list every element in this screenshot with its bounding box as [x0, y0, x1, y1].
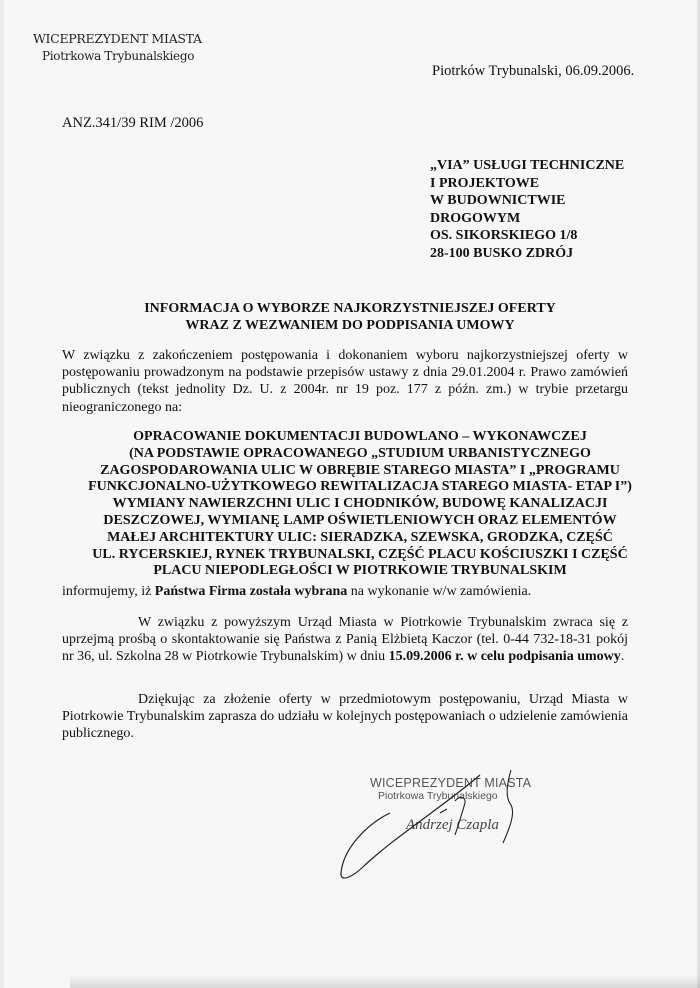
subject-line: PLACU NIEPODLEGŁOŚCI W PIOTRKOWIE TRYBUN… — [80, 563, 640, 580]
addressee-line: „VIA” USŁUGI TECHNICZNE — [430, 157, 624, 175]
scan-bottom-shadow — [70, 974, 700, 988]
title-line: INFORMACJA O WYBORZE NAJKORZYSTNIEJSZEJ … — [0, 300, 700, 317]
addressee-line: DROGOWYM — [430, 210, 624, 228]
subject-line: ZAGOSPODAROWANIA ULIC W OBRĘBIE STAREGO … — [80, 463, 640, 480]
document-title: INFORMACJA O WYBORZE NAJKORZYSTNIEJSZEJ … — [0, 300, 700, 334]
header-stamp-city: Piotrkowa Trybunalskiego — [42, 49, 202, 63]
signing-purpose: w celu podpisania umowy — [467, 649, 621, 664]
title-line: WRAZ Z WEZWANIEM DO PODPISANIA UMOWY — [0, 317, 700, 334]
closing-text: Dziękując za złożenie oferty w przedmiot… — [62, 692, 628, 741]
result-paragraph: informujemy, iż Państwa Firma została wy… — [62, 583, 628, 600]
result-text: informujemy, iż — [62, 584, 155, 599]
place-date: Piotrków Trybunalski, 06.09.2006. — [432, 63, 634, 80]
handwritten-signature-icon — [335, 765, 525, 885]
header-stamp: WICEPREZYDENT MIASTA Piotrkowa Trybunals… — [33, 31, 202, 63]
addressee-block: „VIA” USŁUGI TECHNICZNE I PROJEKTOWE W B… — [430, 157, 624, 263]
contact-paragraph: W związku z powyższym Urząd Miasta w Pio… — [62, 614, 628, 666]
result-emphasis: Państwa Firma została wybrana — [155, 584, 348, 599]
addressee-line: I PROJEKTOWE — [430, 175, 624, 193]
scanned-letter-page: WICEPREZYDENT MIASTA Piotrkowa Trybunals… — [0, 0, 700, 988]
subject-line: (NA PODSTAWIE OPRACOWANEGO „STUDIUM URBA… — [80, 446, 640, 463]
subject-line: MAŁEJ ARCHITEKTURY ULIC: SIERADZKA, SZEW… — [80, 530, 640, 547]
subject-line: UL. RYCERSKIEJ, RYNEK TRYBUNALSKI, CZĘŚĆ… — [80, 547, 640, 564]
subject-line: FUNKCJONALNO-UŻYTKOWEGO REWITALIZACJA ST… — [80, 479, 640, 496]
contact-text-end: . — [621, 649, 625, 664]
scan-left-edge — [0, 0, 4, 988]
intro-paragraph: W związku z zakończeniem postępowania i … — [62, 347, 628, 416]
result-text-end: na wykonanie w/w zamówienia. — [347, 584, 531, 599]
signing-date: 15.09.2006 r. — [389, 649, 464, 664]
subject-line: OPRACOWANIE DOKUMENTACJI BUDOWLANO – WYK… — [80, 429, 640, 446]
closing-paragraph: Dziękując za złożenie oferty w przedmiot… — [62, 691, 628, 743]
addressee-line: W BUDOWNICTWIE — [430, 192, 624, 210]
tender-subject: OPRACOWANIE DOKUMENTACJI BUDOWLANO – WYK… — [80, 429, 640, 580]
addressee-line: 28-100 BUSKO ZDRÓJ — [430, 245, 624, 263]
subject-line: DESZCZOWEJ, WYMIANĘ LAMP OŚWIETLENIOWYCH… — [80, 513, 640, 530]
subject-line: WYMIANY NAWIERZCHNI ULIC I CHODNIKÓW, BU… — [80, 496, 640, 513]
reference-number: ANZ.341/39 RIM /2006 — [62, 115, 203, 132]
header-stamp-title: WICEPREZYDENT MIASTA — [33, 31, 202, 46]
addressee-line: OS. SIKORSKIEGO 1/8 — [430, 227, 624, 245]
